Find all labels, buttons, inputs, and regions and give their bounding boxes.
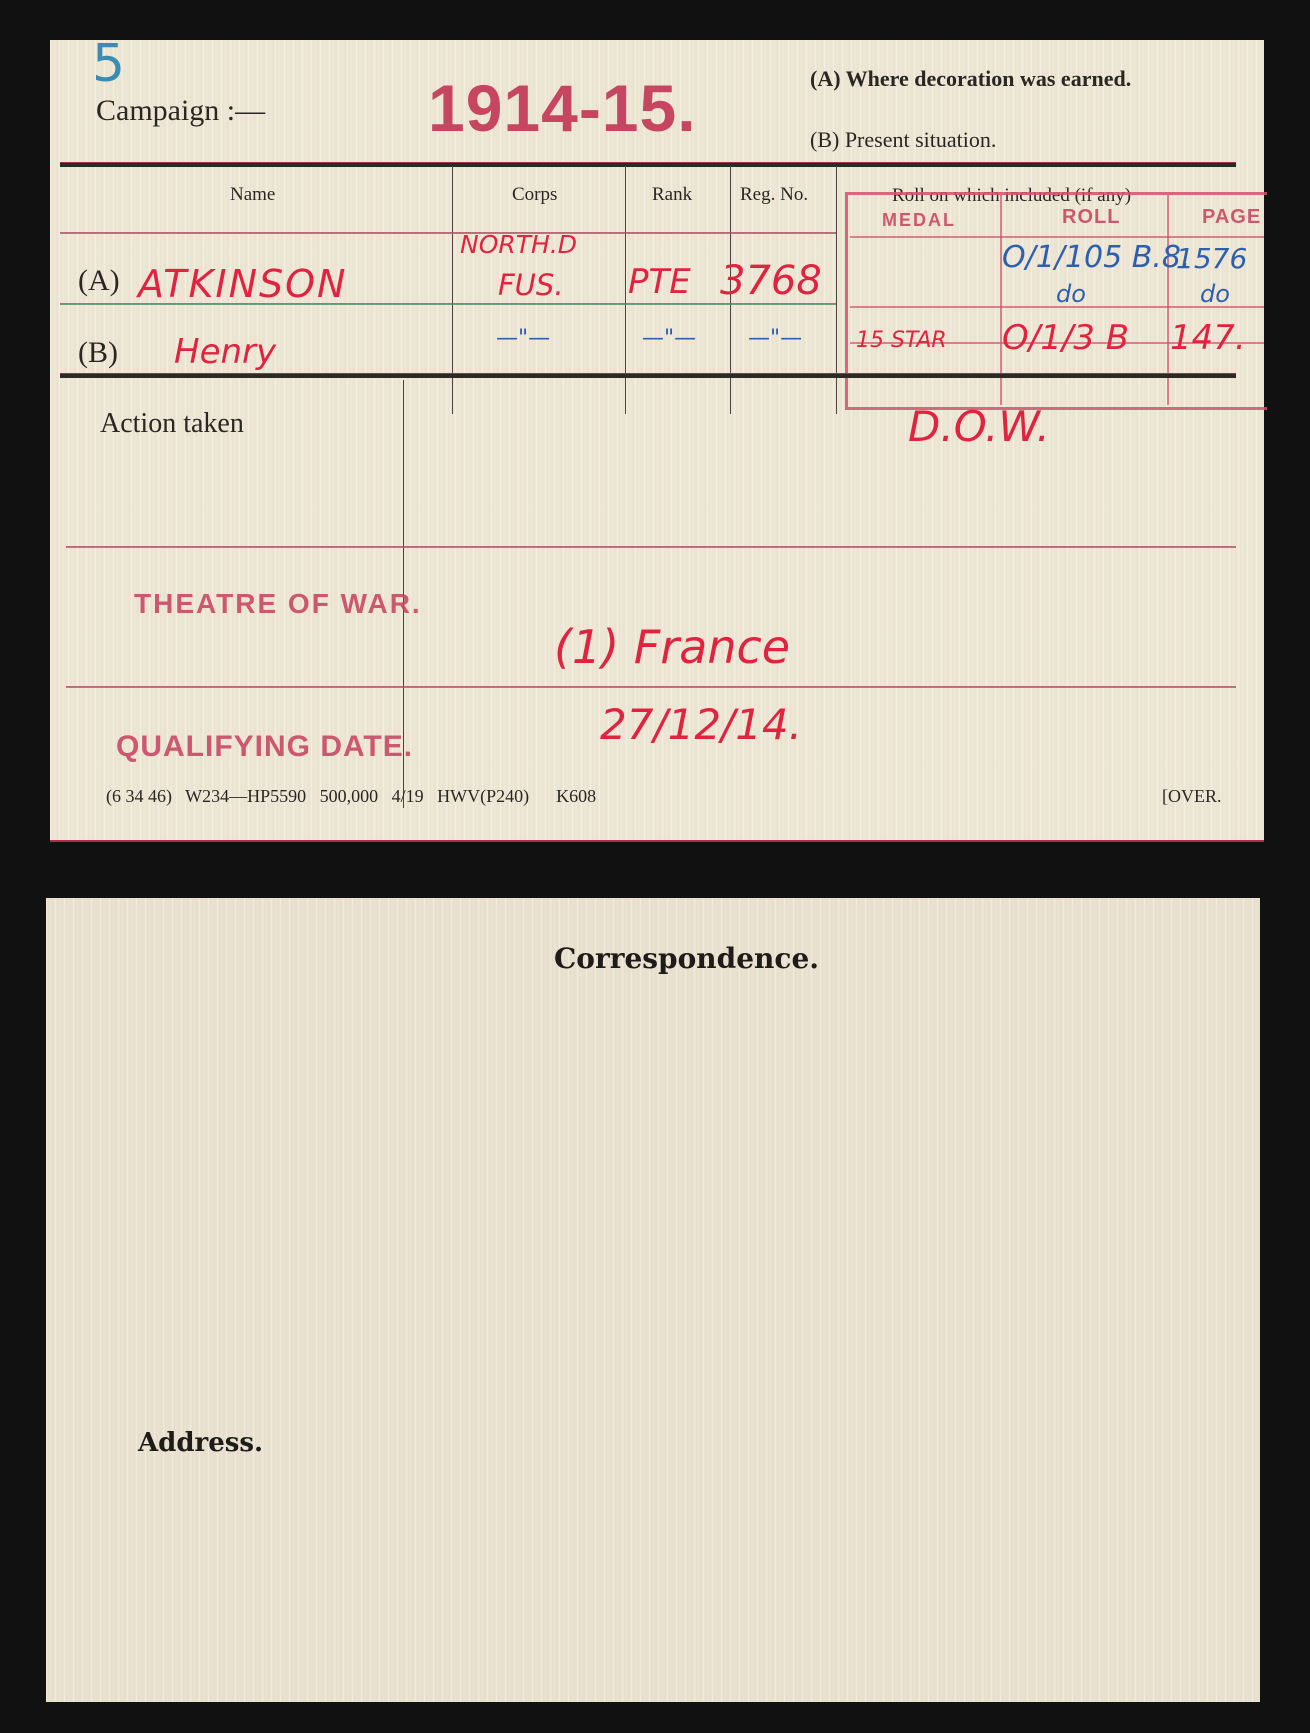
rank-ditto: —"—: [642, 326, 696, 351]
medal-index-card-back: Correspondence. Address.: [46, 898, 1260, 1702]
campaign-value: 1914-15.: [428, 70, 697, 146]
roll-row3-medal: 15 STAR: [856, 328, 947, 353]
section-line: [66, 686, 1236, 688]
section-line: [66, 546, 1236, 548]
roll-row1-page: 1576: [1176, 242, 1247, 275]
reg-no-field: 3768: [720, 258, 822, 304]
campaign-label: Campaign :—: [96, 94, 265, 128]
header-corps: Corps: [512, 184, 557, 206]
roll-row2-page: do: [1200, 280, 1230, 308]
header-name: Name: [230, 184, 275, 206]
roll-col-page: PAGE: [1202, 206, 1261, 229]
corps-line2: FUS.: [498, 268, 564, 302]
print-reference: (6 34 46) W234—HP5590 500,000 4/19 HWV(P…: [106, 786, 596, 807]
reg-no-ditto: —"—: [748, 326, 802, 351]
address-label: Address.: [138, 1428, 263, 1458]
header-rank: Rank: [652, 184, 692, 206]
roll-row3-roll: O/1/3 B: [1002, 318, 1129, 358]
medal-index-card-front: 5 Campaign :— 1914-15. (A) Where decorat…: [50, 40, 1264, 842]
over-note: [OVER.: [1162, 786, 1222, 807]
theatre-of-war-label: THEATRE OF WAR.: [134, 588, 422, 620]
rank-field: PTE: [628, 262, 691, 302]
corner-note: 5: [92, 34, 125, 94]
action-taken-label: Action taken: [100, 408, 244, 440]
roll-col-medal: MEDAL: [882, 210, 956, 231]
qualifying-date-value: 27/12/14.: [600, 700, 802, 749]
corps-line1: NORTH.D: [460, 230, 577, 259]
roll-col-roll: ROLL: [1062, 206, 1120, 229]
correspondence-heading: Correspondence.: [554, 942, 819, 975]
header-reg-no: Reg. No.: [740, 184, 808, 206]
corps-ditto: —"—: [496, 326, 550, 351]
row-b-marker: (B): [78, 336, 118, 370]
roll-stamp-line: [850, 236, 1264, 238]
legend-b: (B) Present situation.: [810, 127, 996, 153]
surname-field: ATKINSON: [138, 262, 347, 306]
roll-row3-page: 147.: [1170, 318, 1246, 358]
forename-field: Henry: [174, 332, 276, 372]
header-rule: [60, 162, 1236, 167]
table-bottom-rule: [60, 373, 1236, 378]
roll-row2-roll: do: [1056, 280, 1086, 308]
theatre-of-war-value: (1) France: [554, 620, 790, 674]
qualifying-date-label: QUALIFYING DATE.: [116, 730, 413, 764]
action-taken-value: D.O.W.: [908, 402, 1050, 451]
row-line: [60, 232, 836, 234]
roll-row1-roll: O/1/105 B.8.: [1002, 240, 1190, 275]
row-a-marker: (A): [78, 264, 120, 298]
legend-a: (A) Where decoration was earned.: [810, 66, 1131, 92]
